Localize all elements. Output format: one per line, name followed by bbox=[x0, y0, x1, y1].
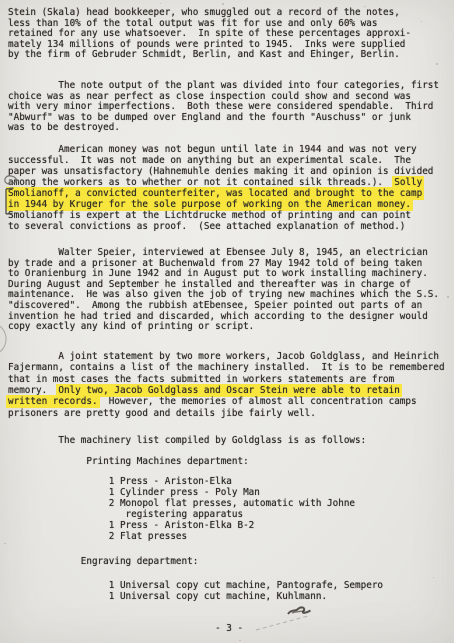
text-line: paper was unsatisfactory (Hahnemuhle den… bbox=[8, 166, 452, 177]
text-segment: The note output of the plant was divided… bbox=[8, 80, 439, 91]
text-segment: 1 Universal copy cut machine, Kuhlmann. bbox=[8, 591, 327, 602]
text-segment: During August and September he installed… bbox=[8, 279, 411, 290]
text-segment: registering apparatus bbox=[8, 509, 243, 520]
scan-speck bbox=[222, 3, 224, 5]
text-line: by the firm of Gebruder Schmidt, Berlin,… bbox=[8, 50, 452, 61]
document-body: Stein (Skala) head bookkeeper, who smugg… bbox=[0, 0, 454, 643]
text-line: to several convictions as proof. (See at… bbox=[8, 221, 452, 232]
text-segment: by the firm of Gebruder Schmidt, Berlin,… bbox=[8, 49, 400, 60]
text-line: 1 Universal copy cut machine, Kuhlmann. bbox=[8, 591, 452, 602]
text-segment: to several convictions as proof. (See at… bbox=[8, 221, 405, 232]
text-segment: 1 Universal copy cut machine, Pantografe… bbox=[8, 580, 383, 591]
scanned-document-page: { "document": { "kind": "typewritten-rep… bbox=[0, 0, 454, 643]
text-segment: to Oranienburg in June 1942 and in Augus… bbox=[8, 268, 428, 279]
text-segment: However, the memories of almost all conc… bbox=[98, 396, 417, 407]
list-engraving-machines: 1 Universal copy cut machine, Pantografe… bbox=[8, 580, 452, 602]
text-segment: retained for any use whatsoever. In spit… bbox=[8, 28, 411, 39]
text-line: The machinery list compiled by Goldglass… bbox=[8, 435, 452, 446]
text-segment: 1 Press - Ariston-Elka B-2 bbox=[8, 520, 254, 531]
text-segment: paper was unsatisfactory (Hahnemuhle den… bbox=[8, 166, 433, 177]
scan-speck bbox=[4, 543, 6, 544]
text-segment: "discovered". Among the rubbish atEbense… bbox=[8, 300, 422, 311]
text-segment: 2 Monopol flat presses, automatic with J… bbox=[8, 498, 355, 509]
text-line: - 3 - bbox=[8, 623, 452, 634]
text-segment: successful. It was not made on anything … bbox=[8, 155, 411, 166]
pencil-partial-circle-icon bbox=[0, 320, 17, 358]
text-segment: by trade and a prisoner at Buchenwald fr… bbox=[8, 258, 422, 269]
text-line: American money was not begun until late … bbox=[8, 144, 452, 155]
text-line: 2 Monopol flat presses, automatic with J… bbox=[8, 498, 452, 509]
text-segment: 2 Flat presses bbox=[8, 531, 187, 542]
paragraph-walter-speier: Walter Speier, interviewed at Ebensee Ju… bbox=[8, 248, 452, 333]
scan-speck bbox=[69, 259, 70, 260]
text-segment: Engraving department: bbox=[8, 556, 198, 567]
text-line: in 1944 by Kruger for the sole purpose o… bbox=[8, 199, 452, 210]
text-segment: maintenance. He was also given the job o… bbox=[8, 289, 439, 300]
text-line: Fajermann, contains a list of the machin… bbox=[8, 362, 452, 373]
text-line: 1 Press - Ariston-Elka bbox=[8, 476, 452, 487]
text-line: Engraving department: bbox=[8, 556, 452, 567]
text-segment: Smolianoff is expert at the Lichtdrucke … bbox=[8, 210, 411, 221]
paragraph-american-money: American money was not begun until late … bbox=[8, 144, 452, 232]
text-segment: invention he had tried and discarded, wh… bbox=[8, 311, 428, 322]
scan-speck bbox=[436, 63, 438, 65]
text-line: registering apparatus bbox=[8, 509, 452, 520]
text-line: 2 Flat presses bbox=[8, 531, 452, 542]
text-segment: Walter Speier, interviewed at Ebensee Ju… bbox=[8, 247, 428, 258]
text-segment: A joint statement by two more workers, J… bbox=[8, 351, 439, 362]
list-printing-machines: 1 Press - Ariston-Elka 1 Cylinder press … bbox=[8, 476, 452, 542]
text-segment: that in most cases the facts submitted i… bbox=[8, 374, 394, 385]
text-line: 1 Universal copy cut machine, Pantografe… bbox=[8, 580, 452, 591]
scan-speck bbox=[433, 577, 434, 578]
text-segment: 1 Press - Ariston-Elka bbox=[8, 476, 232, 487]
text-line: A joint statement by two more workers, J… bbox=[8, 351, 452, 362]
scan-speck bbox=[364, 6, 366, 7]
text-line: Printing Machines department: bbox=[8, 456, 452, 467]
scan-speck bbox=[421, 21, 422, 22]
scan-speck bbox=[306, 149, 307, 150]
highlighted-text: written records. bbox=[6, 395, 100, 408]
pencil-margin-bracket-icon bbox=[0, 174, 20, 218]
text-segment: was to be destroyed. bbox=[8, 122, 120, 133]
text-segment: less than 10% of the total output was fi… bbox=[8, 18, 377, 29]
scan-speck bbox=[121, 98, 122, 99]
text-segment: "Abwurf" was to be dumped over England a… bbox=[8, 112, 411, 123]
text-line: was to be destroyed. bbox=[8, 123, 452, 134]
heading-engraving-department: Engraving department: bbox=[8, 556, 452, 567]
text-segment: choice was as near perfect as close insp… bbox=[8, 91, 411, 102]
text-segment: mately 134 millions of pounds were print… bbox=[8, 39, 405, 50]
text-segment: Fajermann, contains a list of the machin… bbox=[8, 362, 445, 373]
text-segment: American money was not begun until late … bbox=[8, 144, 417, 155]
text-segment: Printing Machines department: bbox=[8, 456, 249, 467]
scan-speck bbox=[447, 296, 449, 298]
text-line: prisoners are pretty good and details ji… bbox=[8, 408, 452, 419]
text-segment: 1 Cylinder press - Poly Man bbox=[8, 487, 260, 498]
paragraph-stein-bookkeeper: Stein (Skala) head bookkeeper, who smugg… bbox=[8, 8, 452, 61]
text-segment: memory. bbox=[8, 385, 58, 396]
text-line: Smolianoff is expert at the Lichtdrucke … bbox=[8, 210, 452, 221]
text-segment: Stein (Skala) head bookkeeper, who smugg… bbox=[8, 7, 400, 18]
paragraph-note-output: The note output of the plant was divided… bbox=[8, 81, 452, 134]
page-number: - 3 - bbox=[8, 623, 452, 634]
text-line: 1 Press - Ariston-Elka B-2 bbox=[8, 520, 452, 531]
text-segment: - 3 - bbox=[8, 623, 243, 634]
text-segment: with very minor imperfections. Both thes… bbox=[8, 101, 433, 112]
heading-printing-department: Printing Machines department: bbox=[8, 456, 452, 467]
text-line: written records. However, the memories o… bbox=[8, 396, 452, 407]
text-segment: copy exactly any kind of printing or scr… bbox=[8, 321, 254, 332]
text-line: successful. It was not made on anything … bbox=[8, 155, 452, 166]
line-machinery-list-intro: The machinery list compiled by Goldglass… bbox=[8, 435, 452, 446]
text-segment: The machinery list compiled by Goldglass… bbox=[8, 435, 366, 446]
text-line: copy exactly any kind of printing or scr… bbox=[8, 322, 452, 333]
text-line: 1 Cylinder press - Poly Man bbox=[8, 487, 452, 498]
scan-speck bbox=[160, 3, 161, 4]
text-segment: prisoners are pretty good and details ji… bbox=[8, 408, 316, 419]
scan-speck bbox=[239, 640, 241, 641]
pencil-scribble-icon bbox=[252, 602, 332, 634]
paragraph-joint-statement: A joint statement by two more workers, J… bbox=[8, 351, 452, 419]
